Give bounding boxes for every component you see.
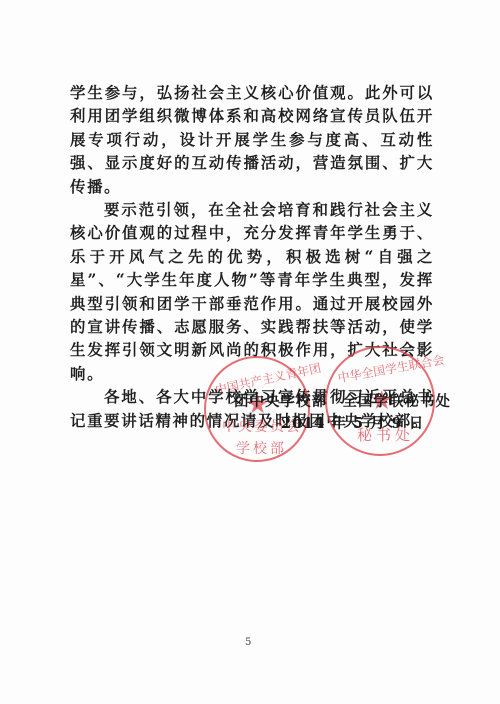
signature-date: 2014 年 5 月 9 日 bbox=[281, 412, 424, 433]
document-page: 学生参与，弘扬社会主义核心价值观。此外可以利用团学组织微博体系和高校网络宣传员队… bbox=[0, 0, 500, 704]
left-seal-inner-line-2: 学校部 bbox=[236, 438, 287, 458]
paragraph-1: 学生参与，弘扬社会主义核心价值观。此外可以利用团学组织微博体系和高校网络宣传员队… bbox=[70, 82, 434, 199]
signature-issuers: 团中央学校部 全国学联秘书处 bbox=[234, 390, 451, 411]
page-number: 5 bbox=[245, 637, 251, 648]
right-seal-ring-text: 中华全国学生联合会 bbox=[336, 351, 445, 386]
